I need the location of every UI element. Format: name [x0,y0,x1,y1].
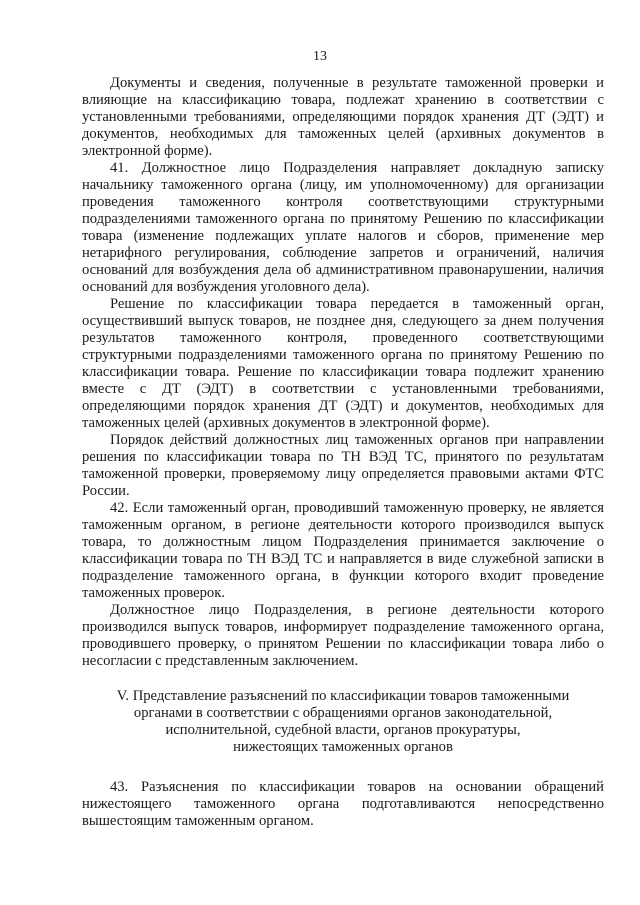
document-body: Документы и сведения, полученные в резул… [82,75,604,830]
paragraph-procedure: Порядок действий должностных лиц таможен… [82,432,604,500]
paragraph-official-informs: Должностное лицо Подразделения, в регион… [82,602,604,670]
paragraph-42: 42. Если таможенный орган, проводивший т… [82,500,604,602]
section-heading-line: V. Представление разъяснений по классифи… [92,688,594,705]
page-number: 13 [0,48,640,65]
paragraph-documents-storage: Документы и сведения, полученные в резул… [82,75,604,160]
section-heading-line: исполнительной, судебной власти, органов… [92,722,594,739]
section-heading-line: органами в соответствии с обращениями ор… [92,705,594,722]
paragraph-decision-transfer: Решение по классификации товара передает… [82,296,604,432]
section-heading: V. Представление разъяснений по классифи… [82,688,604,756]
section-heading-line: нижестоящих таможенных органов [92,739,594,756]
paragraph-43: 43. Разъяснения по классификации товаров… [82,779,604,830]
paragraph-41: 41. Должностное лицо Подразделения напра… [82,160,604,296]
